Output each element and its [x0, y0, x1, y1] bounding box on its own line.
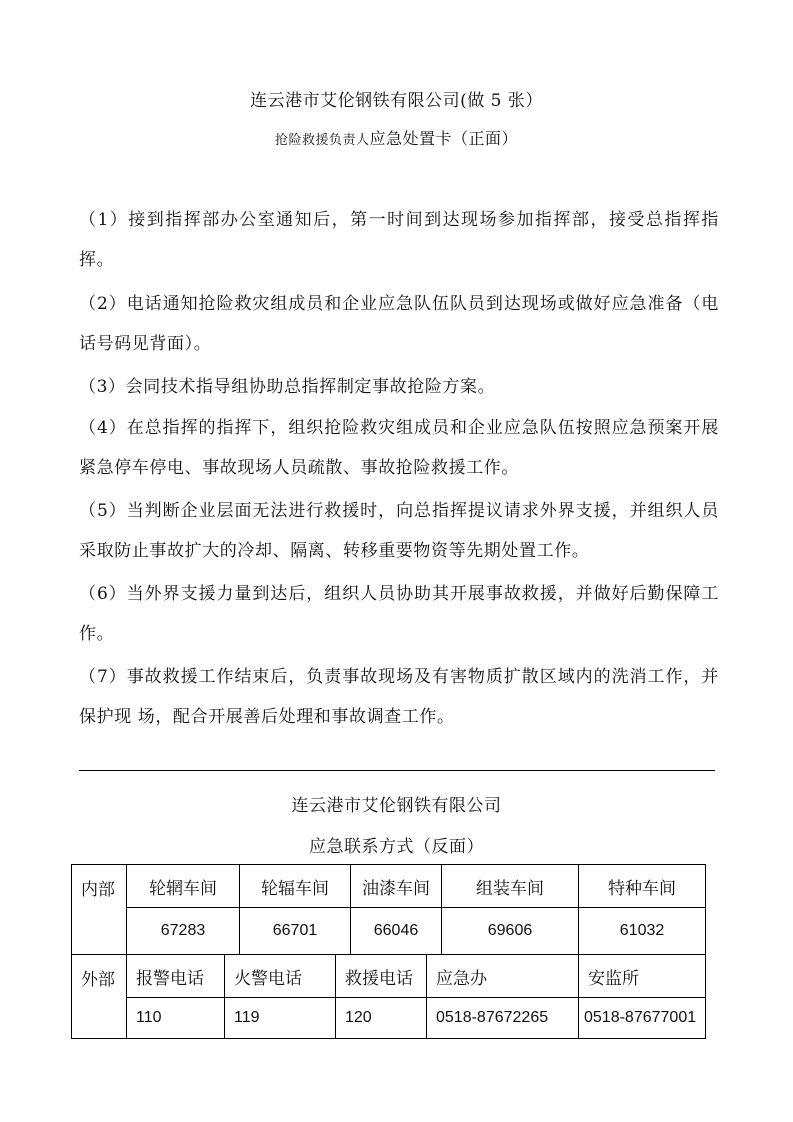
- internal-number-4: 69606: [442, 908, 579, 955]
- external-number-3: 120: [336, 998, 427, 1039]
- front-item-5: （5）当判断企业层面无法进行救援时，向总指挥提议请求外界支援，并组织人员采取防止…: [79, 491, 719, 571]
- front-item-3: （3）会同技术指导组协助总指挥制定事故抢险方案。: [79, 367, 719, 407]
- front-subtitle-card: 应急处置卡（正面）: [370, 129, 519, 148]
- external-number-2: 119: [225, 998, 336, 1039]
- internal-header-2: 轮辐车间: [240, 865, 351, 908]
- internal-header-4: 组装车间: [442, 865, 579, 908]
- external-number-1: 110: [127, 998, 225, 1039]
- external-header-3: 救援电话: [336, 955, 427, 998]
- external-number-4: 0518-87672265: [427, 998, 579, 1039]
- internal-header-5: 特种车间: [579, 865, 706, 908]
- internal-number-2: 66701: [240, 908, 351, 955]
- external-label: 外部: [72, 955, 127, 1039]
- front-item-4: （4）在总指挥的指挥下，组织抢险救灾组成员和企业应急队伍按照应急预案开展紧急停车…: [79, 408, 719, 488]
- internal-header-1: 轮辋车间: [127, 865, 240, 908]
- section-divider: [79, 770, 715, 771]
- front-item-7: （7）事故救援工作结束后，负责事故现场及有害物质扩散区域内的洗消工作，并保护现 …: [79, 657, 719, 737]
- external-header-row: 外部 报警电话 火警电话 救援电话 应急办 安监所: [72, 955, 706, 998]
- contact-table: 内部 轮辋车间 轮辐车间 油漆车间 组装车间 特种车间 67283 66701 …: [71, 864, 706, 1039]
- internal-number-3: 66046: [351, 908, 442, 955]
- front-subtitle: 抢险救援负责人应急处置卡（正面）: [0, 126, 793, 149]
- internal-number-1: 67283: [127, 908, 240, 955]
- back-title: 连云港市艾伦钢铁有限公司: [0, 791, 793, 816]
- front-item-2: （2）电话通知抢险救灾组成员和企业应急队伍队员到达现场或做好应急准备（电话号码见…: [79, 284, 719, 364]
- external-header-4: 应急办: [427, 955, 579, 998]
- internal-label: 内部: [72, 865, 127, 955]
- external-number-row: 110 119 120 0518-87672265 0518-87677001: [72, 998, 706, 1039]
- internal-number-row: 67283 66701 66046 69606 61032: [72, 908, 706, 955]
- internal-number-5: 61032: [579, 908, 706, 955]
- back-subtitle: 应急联系方式（反面）: [0, 832, 793, 857]
- internal-header-row: 内部 轮辋车间 轮辐车间 油漆车间 组装车间 特种车间: [72, 865, 706, 908]
- external-number-5: 0518-87677001: [579, 998, 706, 1039]
- external-header-1: 报警电话: [127, 955, 225, 998]
- front-item-1: （1）接到指挥部办公室通知后，第一时间到达现场参加指挥部，接受总指挥指挥。: [79, 200, 719, 280]
- front-item-6: （6）当外界支援力量到达后，组织人员协助其开展事故救援，并做好后勤保障工作。: [79, 574, 719, 654]
- internal-header-3: 油漆车间: [351, 865, 442, 908]
- external-header-2: 火警电话: [225, 955, 336, 998]
- front-title: 连云港市艾伦钢铁有限公司(做 5 张）: [0, 86, 793, 111]
- external-header-5: 安监所: [579, 955, 706, 998]
- front-subtitle-role: 抢险救援负责人: [275, 133, 370, 148]
